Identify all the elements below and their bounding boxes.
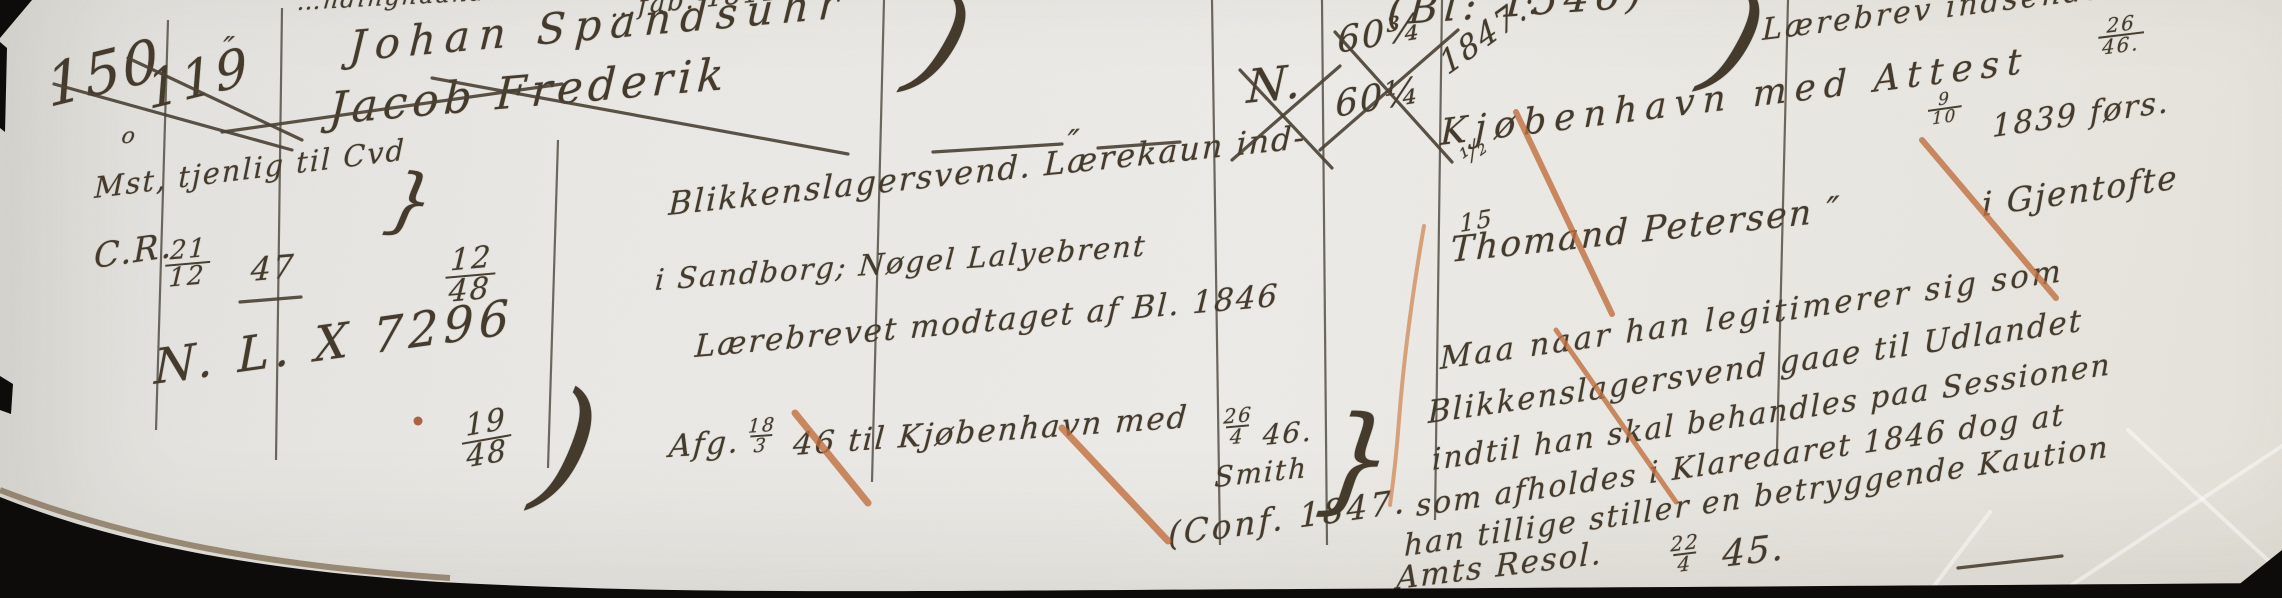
fraction-9-10-denominator: 10 <box>1928 105 1961 128</box>
scanned-register-page: …ndinghaandværksla… fi…fab. 1811)Johan S… <box>0 0 2282 598</box>
fraction-19-48: 1948 <box>461 405 513 473</box>
date-1839: 1839 førs. <box>1992 87 2170 143</box>
fraction-21-12: 2112 <box>164 236 212 292</box>
fraction-22-4-denominator: 4 <box>1673 551 1696 575</box>
crossed-letter-n: N. <box>1246 58 1303 110</box>
fraction-18-3-numerator: 18 <box>745 415 778 435</box>
fraction-9-10: 910 <box>1928 89 1961 128</box>
remark-tjenlig: Mst, tjenlig til Cvd <box>94 135 406 203</box>
fraction-22-4: 224 <box>1668 532 1702 576</box>
fraction-26-46: 2646. <box>2098 12 2144 58</box>
number-crossed-119: 119 <box>145 40 253 118</box>
paren-left-big: ) <box>526 374 612 516</box>
note-afgang: Afg. <box>668 427 741 463</box>
note-laerebrev-indsendt: Lærebrev indsendt <box>1762 0 2101 46</box>
number-46: 46. <box>1262 417 1314 450</box>
occupation-line-1: Blikkenslagersvend. Lærekaun ind- <box>668 121 1307 220</box>
small-o-mark: o <box>120 126 138 148</box>
note-afgang-rest: 46 til Kjøbenhavn med <box>792 402 1190 461</box>
fraction-26-46-denominator: 46. <box>2098 31 2144 58</box>
father-name: Johan Spandsuhr <box>348 0 848 68</box>
fraction-18-3-denominator: 3 <box>749 434 772 456</box>
height-crossed-bottom: 60¼ <box>1335 73 1422 124</box>
top-paren-left: ) <box>898 0 987 104</box>
fraction-18-3: 183 <box>744 415 779 456</box>
remark-cr: C.R. <box>94 229 173 274</box>
note-conf-1847: (Conf. 1847. <box>1168 484 1407 551</box>
fraction-26-4-denominator: 4 <box>1225 424 1249 447</box>
brace-small: } <box>380 163 443 237</box>
fraction-26-4: 264 <box>1220 405 1255 448</box>
number-45: 45. <box>1722 530 1785 574</box>
number-47: 47 <box>250 250 296 286</box>
note-laerebrevet-modtaget: Lærebrevet modtaget af Bl. 1846 <box>694 281 1280 363</box>
handwriting-layer: …ndinghaandværksla… fi…fab. 1811)Johan S… <box>0 0 2282 598</box>
clerk-initial: Smith <box>1214 454 1308 492</box>
fraction-21-12-denominator: 12 <box>164 261 210 292</box>
residence-gjentofte: i Gjentofte <box>1982 160 2179 221</box>
journal-number: N. L. X 7296 <box>154 293 514 392</box>
name-petersen: Thomand Petersen ″ <box>1450 193 1842 269</box>
fraction-19-48-denominator: 48 <box>462 434 512 473</box>
occupation-line-2: i Sandborg; Nøgel Lalyebrent <box>654 231 1148 295</box>
